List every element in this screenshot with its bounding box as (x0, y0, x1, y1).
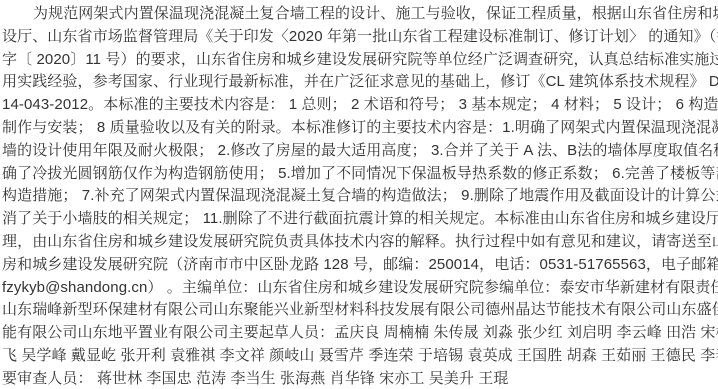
text-line: 制作与安装； 8 质量验收以及有关的附录。本标准修订的主要技术内容是：1.明确了… (2, 117, 716, 140)
document-page: 为规范网架式内置保温现浇混凝土复合墙工程的设计、施工与验收，保证工程质量，根据山… (0, 0, 718, 389)
text-line: 能有限公司山东地平置业有限公司主要起草人员：孟庆良 周楠楠 朱传晟 刘淼 张少红… (2, 322, 716, 345)
text-line: 山东瑞峰新型环保建材有限公司山东聚能兴业新型材料科技发展有限公司德州晶达节能技术… (2, 299, 716, 322)
text-line: 字〔 2020〕11 号）的要求，山东省住房和城乡建设发展研究院等单位经广泛调查… (2, 49, 716, 72)
text-line: 消了关于小墙肢的相关规定； 11.删除了不进行截面抗震计算的相关规定。本标准由山… (2, 208, 716, 231)
text-line: fzykyb@shandong.cn） 。主编单位：山东省住房和城乡建设发展研究… (2, 277, 716, 300)
text-line: 墙的设计使用年限及耐火极限； 2.修改了房屋的最大适用高度； 3.合并了关于 A… (2, 140, 716, 163)
text-line: 房和城乡建设发展研究院（济南市市中区卧龙路 128 号，邮编：250014，电话… (2, 254, 716, 277)
text-line: 理，由山东省住房和城乡建设发展研究院负责具体技术内容的解释。执行过程中如有意见和… (2, 231, 716, 254)
text-line: 要审查人员： 蒋世林 李国忠 范涛 李当生 张海燕 肖华锋 宋亦工 吴美升 王琨 (2, 368, 716, 389)
text-line: 飞 吴学峰 戴显屹 张开利 袁雅祺 李文祥 颜岐山 聂雪芹 季连荣 于培锡 袁英… (2, 345, 716, 368)
text-line: 为规范网架式内置保温现浇混凝土复合墙工程的设计、施工与验收，保证工程质量，根据山… (2, 3, 716, 26)
text-line: 用实践经验，参考国家、行业现行最新标准，并在广泛征求意见的基础上，修订《CL 建… (2, 71, 716, 94)
text-line: 构造措施； 7.补充了网架式内置保温现浇混凝土复合墙的构造做法； 9.删除了地震… (2, 185, 716, 208)
text-line: 设厅、山东省市场监督管理局《关于印发〈2020 年第一批山东省工程建设标准制订、… (2, 26, 716, 49)
text-line: 14-043-2012。本标准的主要技术内容是： 1 总则； 2 术语和符号； … (2, 94, 716, 117)
text-line: 确了冷拔光圆钢筋仅作为构造钢筋使用； 5.增加了不同情况下保温板导热系数的修正系… (2, 163, 716, 186)
